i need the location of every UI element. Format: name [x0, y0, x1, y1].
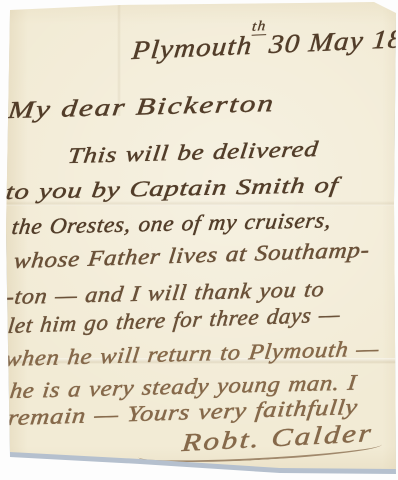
- body-line-2: to you by Captain Smith of: [5, 174, 340, 203]
- signature: Robt. Calder: [181, 421, 374, 456]
- dateline-place: Plymouth: [131, 31, 254, 65]
- body-line-3: the Orestes, one of my cruisers,: [11, 209, 333, 238]
- letter-paper: Plymouthth30 May 1812 My dear Bickerton …: [0, 0, 398, 480]
- letter-photograph: Plymouthth30 May 1812 My dear Bickerton …: [0, 0, 398, 480]
- dateline-date: 30 May 1812: [268, 23, 398, 59]
- dateline: Plymouthth30 May 1812: [131, 25, 398, 64]
- body-line-6: let him go there for three days —: [7, 303, 342, 337]
- body-line-1: This will be delivered: [67, 138, 320, 167]
- body-line-7: when he will return to Plymouth —: [4, 338, 381, 371]
- salutation: My dear Bickerton: [7, 92, 277, 123]
- body-line-4: whose Father lives at Southamp-: [13, 239, 371, 272]
- dateline-ordinal-superscript: th: [251, 19, 267, 36]
